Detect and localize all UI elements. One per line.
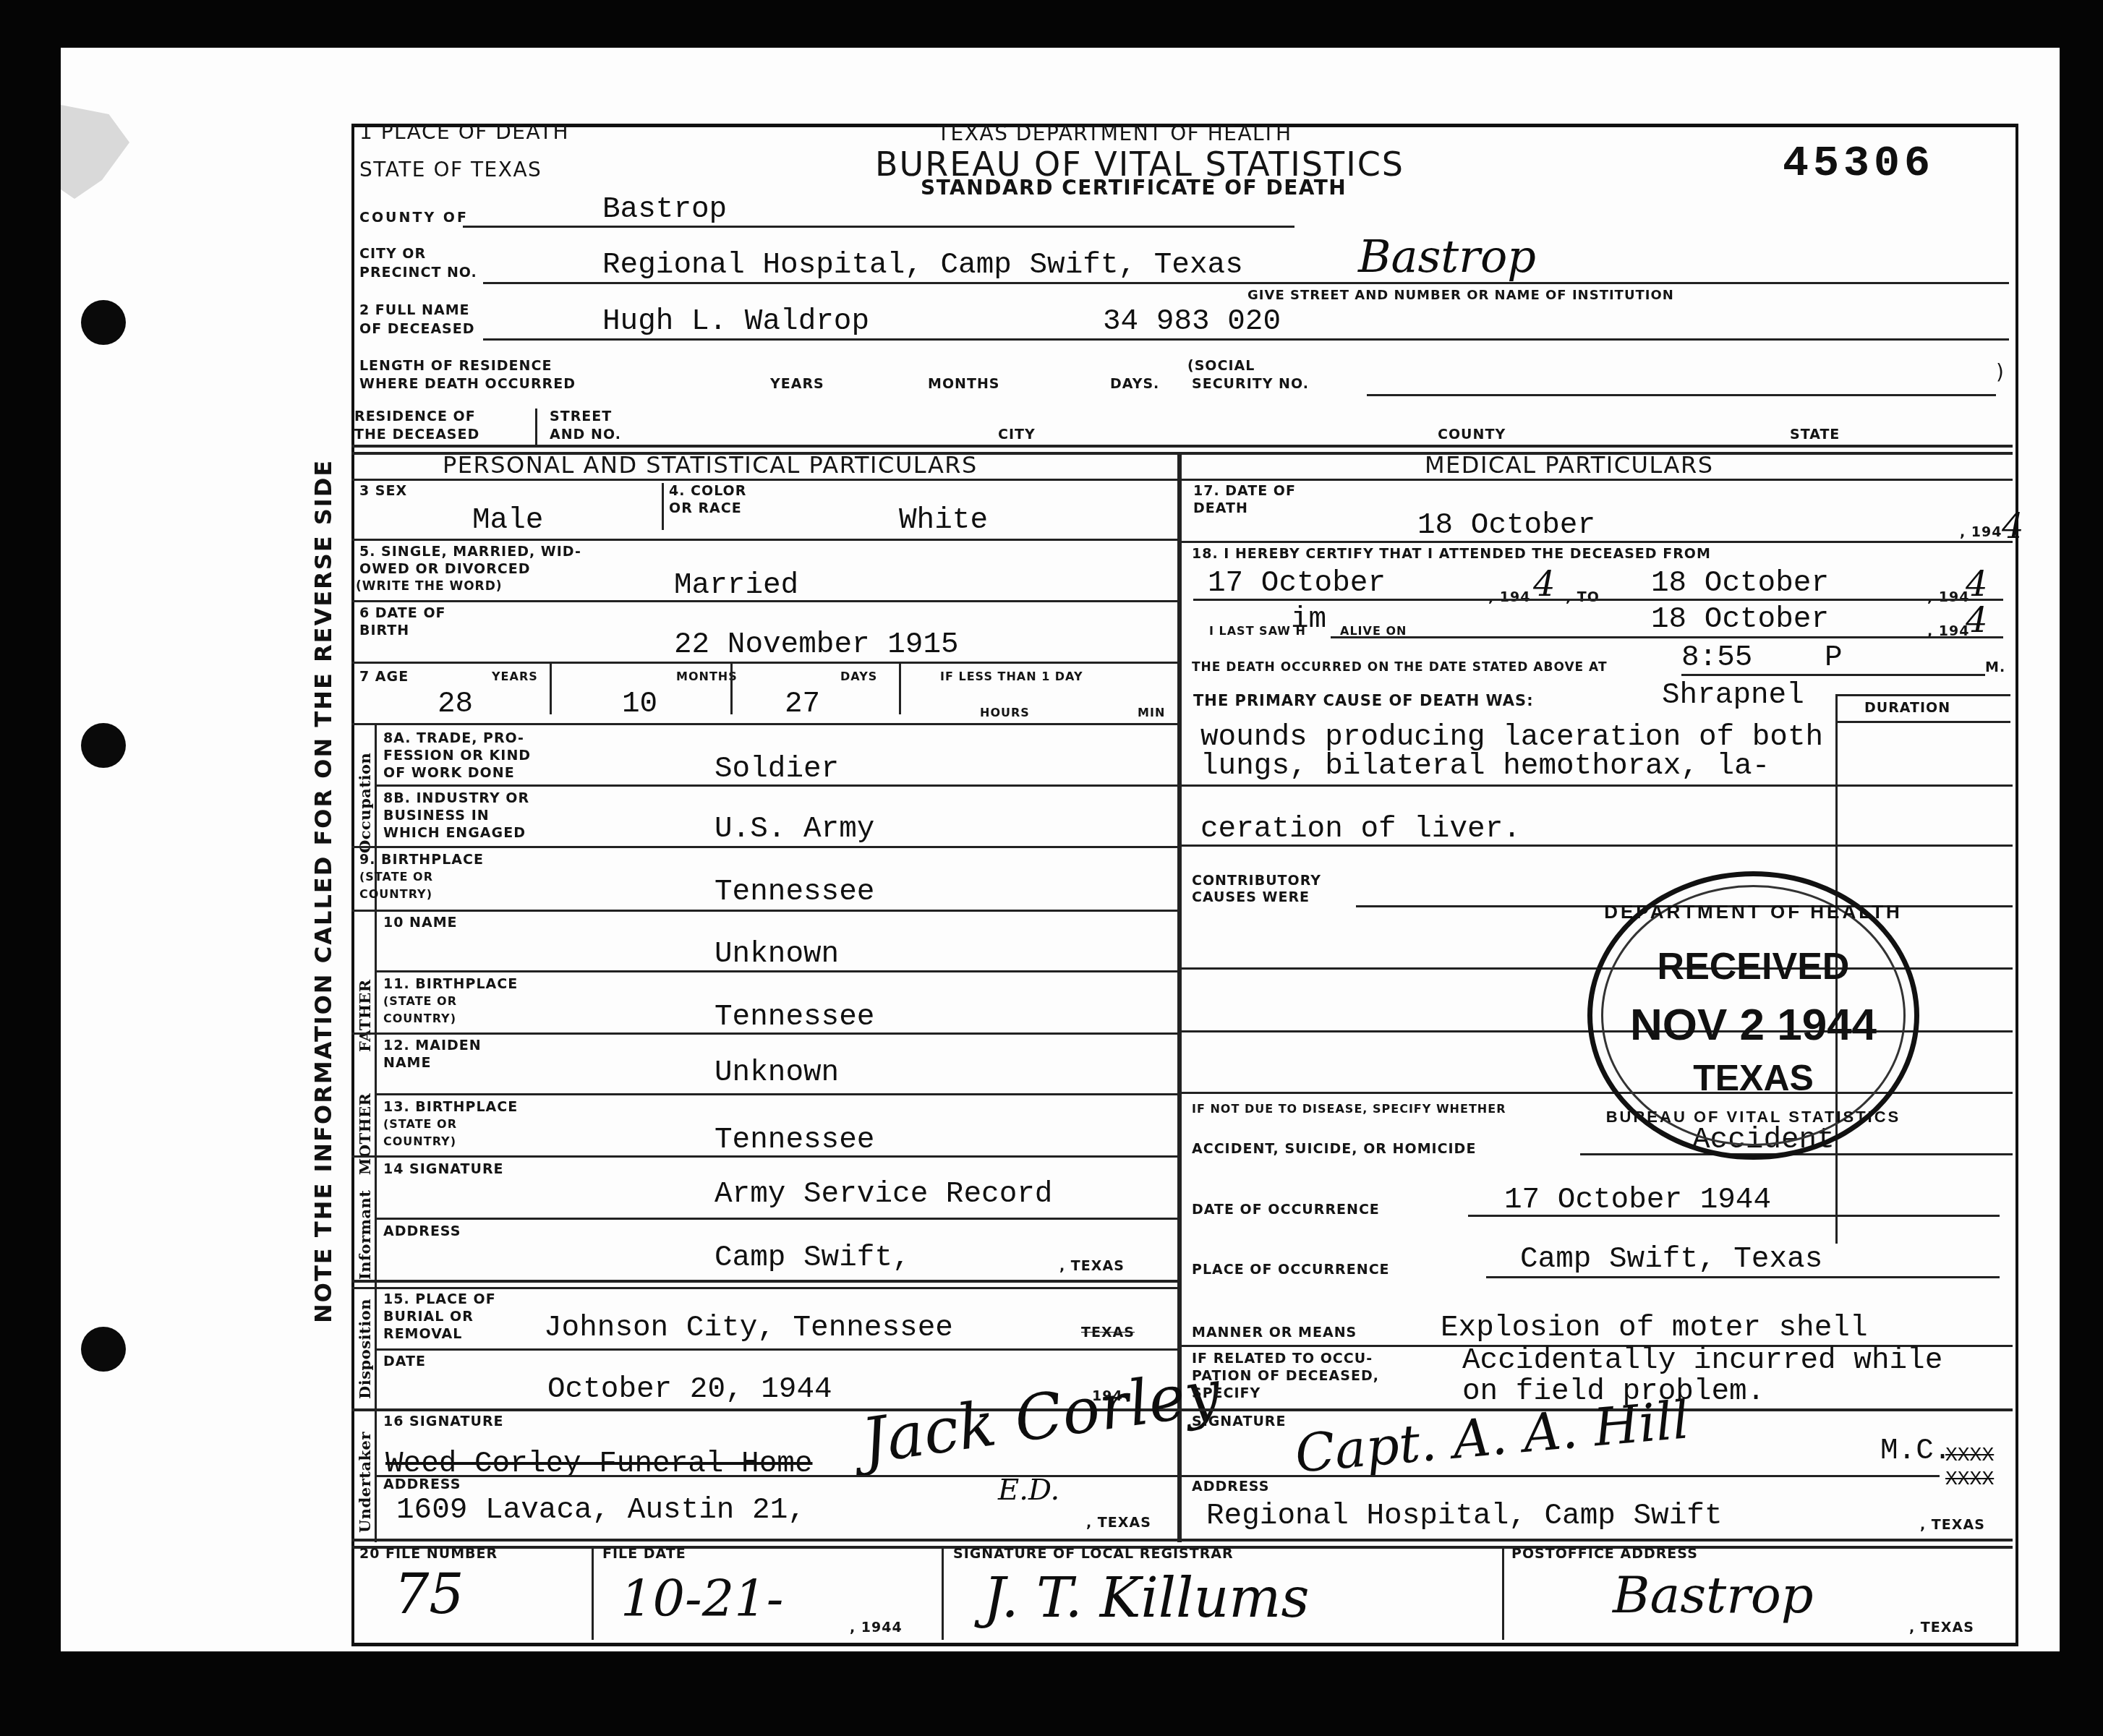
street-label-1: STREET [550, 409, 612, 424]
undertaker-initials: E.D. [998, 1474, 1059, 1507]
divider [375, 970, 1177, 972]
undertaker-sig-label: 16 SIGNATURE [383, 1414, 504, 1429]
age-days: 27 [785, 688, 820, 720]
divider [375, 1348, 1177, 1351]
father-birthplace-label-2: (STATE OR [383, 993, 457, 1009]
divider [1837, 694, 2010, 696]
city-label-2: PRECINCT NO. [359, 265, 477, 281]
birthplace-label-3: COUNTRY) [359, 886, 432, 902]
registrar-label: SIGNATURE OF LOCAL REGISTRAR [953, 1546, 1234, 1562]
certify-label: 18. I HEREBY CERTIFY THAT I ATTENDED THE… [1192, 546, 1711, 562]
personal-section-title: PERSONAL AND STATISTICAL PARTICULARS [443, 453, 978, 477]
divider [1468, 1215, 2000, 1217]
marital-label-2: OWED OR DIVORCED [359, 561, 531, 577]
divider [351, 600, 1177, 602]
primary-cause-line3: lungs, bilateral hemothorax, la- [1200, 751, 1770, 782]
days-label: DAYS. [1110, 376, 1159, 392]
divider [351, 662, 1177, 664]
divider [351, 910, 1177, 912]
residence-label-2: THE DECEASED [354, 427, 479, 442]
divider [1180, 1475, 1940, 1477]
informant-sig-label: 14 SIGNATURE [383, 1161, 504, 1177]
trade-label-2: FESSION OR KIND [383, 748, 531, 764]
undertaker-side-label: Undertaker [356, 1432, 374, 1533]
burial-label-3: REMOVAL [383, 1326, 462, 1342]
death-year-prefix: , 194 [1960, 524, 2002, 540]
stamp-bottom-arc: BUREAU OF VITAL STATISTICS [1592, 1108, 1914, 1126]
sex-label: 3 SEX [359, 483, 407, 499]
residence-bracket [535, 409, 537, 445]
undertaker-addr-value: 1609 Lavaca, Austin 21, [396, 1495, 806, 1526]
primary-cause-line2: wounds producing laceration of both [1200, 722, 1823, 753]
street-label-2: AND NO. [550, 427, 621, 442]
burial-date-value: October 20, 1944 [547, 1374, 832, 1406]
county-underline [463, 226, 1294, 228]
industry-label-1: 8B. INDUSTRY OR [383, 790, 529, 806]
age-hours-label: HOURS [980, 705, 1030, 721]
time-label: THE DEATH OCCURRED ON THE DATE STATED AB… [1192, 659, 1608, 675]
last-saw-year-digit: 4 [1966, 600, 1988, 641]
primary-cause-line1: Shrapnel [1662, 680, 1804, 711]
age-label: 7 AGE [359, 669, 409, 685]
mother-birthplace-label-3: COUNTRY) [383, 1134, 456, 1150]
physician-addr-label: ADDRESS [1192, 1479, 1269, 1495]
punch-hole [81, 1327, 126, 1372]
to-label: , TO [1566, 589, 1600, 605]
divider [899, 664, 901, 714]
divider [375, 1218, 1177, 1220]
mother-name-value: Unknown [714, 1057, 839, 1089]
physician-addr-value: Regional Hospital, Camp Swift [1206, 1500, 1723, 1532]
file-date-year: , 1944 [850, 1620, 903, 1635]
divider [375, 1093, 1177, 1095]
undertaker-addr-label: ADDRESS [383, 1476, 461, 1492]
burial-label-2: BURIAL OR [383, 1309, 474, 1325]
attended-from-year-prefix: , 194 [1488, 589, 1531, 605]
sex-value: Male [472, 505, 543, 536]
race-value: White [899, 505, 988, 536]
attended-from: 17 October [1208, 568, 1386, 599]
file-number-label: 20 FILE NUMBER [359, 1546, 498, 1562]
death-date-label-2: DEATH [1193, 500, 1248, 516]
industry-value: U.S. Army [714, 813, 874, 845]
informant-addr-label: ADDRESS [383, 1223, 461, 1239]
residence-state-label: STATE [1790, 427, 1840, 442]
divider [1486, 1276, 2000, 1278]
physician-title-struck-2: XXXX [1945, 1464, 1994, 1496]
county-value: Bastrop [602, 194, 727, 226]
father-name-label: 10 NAME [383, 915, 458, 931]
divider [1331, 636, 2003, 638]
mother-name-label-1: 12. MAIDEN [383, 1038, 482, 1053]
service-number: 34 983 020 [1103, 306, 1281, 338]
occurrence-place-label: PLACE OF OCCURRENCE [1192, 1262, 1390, 1278]
county-label: COUNTY OF [359, 210, 469, 226]
race-label-1: 4. COLOR [669, 483, 746, 499]
death-date-value: 18 October [1417, 510, 1595, 542]
residence-county-label: COUNTY [1438, 427, 1506, 442]
occupation-side-label: Occupation [356, 753, 374, 853]
mother-birthplace-label-2: (STATE OR [383, 1116, 457, 1132]
last-saw-date: 18 October [1651, 604, 1829, 636]
file-date-value: 10-21- [620, 1569, 783, 1628]
burial-value: Johnson City, Tennessee [544, 1312, 953, 1344]
residence-label-1: RESIDENCE OF [354, 409, 476, 424]
death-date-label-1: 17. DATE OF [1193, 483, 1296, 499]
mother-birthplace-value: Tennessee [714, 1124, 874, 1156]
postoffice-label: POSTOFFICE ADDRESS [1511, 1546, 1698, 1562]
residence-length-label-1: LENGTH OF RESIDENCE [359, 358, 552, 374]
ssn-label-1: (SOCIAL [1187, 358, 1255, 374]
postoffice-state: , TEXAS [1909, 1620, 1974, 1635]
birthplace-value: Tennessee [714, 876, 874, 908]
divider [351, 1155, 1177, 1158]
physician-addr-state: , TEXAS [1920, 1517, 1985, 1533]
trade-label-3: OF WORK DONE [383, 765, 515, 781]
occurrence-date-label: DATE OF OCCURRENCE [1192, 1202, 1380, 1218]
file-date-label: FILE DATE [602, 1546, 686, 1562]
divider [351, 723, 1177, 725]
divider [375, 1475, 1177, 1477]
occurrence-place-value: Camp Swift, Texas [1520, 1244, 1822, 1275]
time-suffix: M. [1985, 659, 2005, 675]
burial-label-1: 15. PLACE OF [383, 1291, 496, 1307]
attended-to-year-prefix: , 194 [1927, 589, 1970, 605]
divider [1180, 541, 2013, 543]
accident-label: ACCIDENT, SUICIDE, OR HOMICIDE [1192, 1141, 1476, 1157]
mother-side-label: MOTHER [356, 1093, 374, 1175]
stamp-top-arc: DEPARTMENT OF HEALTH [1592, 901, 1914, 923]
disposition-side-label: Disposition [356, 1299, 374, 1399]
divider [351, 1287, 1177, 1289]
informant-sig-value: Army Service Record [714, 1179, 1052, 1210]
divider [1193, 599, 2003, 601]
physician-title: M.C. [1880, 1435, 1951, 1467]
ssn-close-paren: ) [1996, 362, 2005, 383]
age-years-label: YEARS [492, 669, 538, 685]
manner-value: Explosion of moter shell [1441, 1312, 1868, 1344]
informant-addr-value: Camp Swift, [714, 1242, 910, 1274]
divider [662, 483, 664, 530]
industry-label-2: BUSINESS IN [383, 808, 490, 824]
age-months: 10 [622, 688, 657, 720]
full-name-label-1: 2 FULL NAME [359, 302, 470, 318]
burial-date-label: DATE [383, 1354, 426, 1369]
undertaker-addr-state: , TEXAS [1086, 1515, 1151, 1531]
divider [1180, 845, 2013, 847]
months-label: MONTHS [928, 376, 1000, 392]
full-name-value: Hugh L. Waldrop [602, 306, 869, 338]
divider [1837, 721, 2010, 723]
birthplace-label-2: (STATE OR [359, 869, 433, 885]
certificate-number: 45306 [1783, 141, 1934, 187]
divider [375, 784, 1177, 787]
father-side-label: FATHER [356, 979, 374, 1052]
dob-value: 22 November 1915 [674, 629, 959, 661]
marital-value: Married [674, 570, 798, 602]
age-days-label: DAYS [840, 669, 877, 685]
not-disease-label: IF NOT DUE TO DISEASE, SPECIFY WHETHER [1192, 1101, 1506, 1117]
punch-hole [81, 723, 126, 768]
punch-hole [81, 300, 126, 345]
trade-value: Soldier [714, 753, 839, 785]
mother-name-label-2: NAME [383, 1055, 432, 1071]
divider [351, 1280, 1177, 1283]
contributory-label-2: CAUSES WERE [1192, 889, 1310, 905]
dob-label-2: BIRTH [359, 623, 409, 638]
age-min-label: MIN [1138, 705, 1165, 721]
related-value-1: Accidentally incurred while [1462, 1345, 1942, 1377]
father-birthplace-label-1: 11. BIRTHPLACE [383, 976, 518, 992]
divider [592, 1547, 594, 1640]
burial-state-struck: TEXAS [1081, 1325, 1135, 1341]
mother-birthplace-label-1: 13. BIRTHPLACE [383, 1099, 518, 1115]
place-of-death-label: 1 PLACE OF DEATH [359, 121, 569, 143]
margin-note: NOTE THE INFORMATION CALLED FOR ON THE R… [310, 459, 337, 1323]
time-value: 8:55 [1681, 642, 1752, 674]
full-name-label-2: OF DECEASED [359, 321, 475, 337]
manner-label: MANNER OR MEANS [1192, 1325, 1357, 1341]
residence-length-label-2: WHERE DEATH OCCURRED [359, 376, 576, 392]
divider [1502, 1547, 1504, 1640]
father-name-value: Unknown [714, 938, 839, 970]
related-label-1: IF RELATED TO OCCU- [1192, 1351, 1373, 1367]
medical-section-title: MEDICAL PARTICULARS [1425, 453, 1713, 477]
related-label-2: PATION OF DECEASED, [1192, 1368, 1379, 1384]
primary-cause-label: THE PRIMARY CAUSE OF DEATH WAS: [1193, 693, 1534, 709]
birthplace-label-1: 9. BIRTHPLACE [359, 852, 484, 868]
father-birthplace-value: Tennessee [714, 1001, 874, 1033]
marital-label-3: (WRITE THE WORD) [356, 578, 503, 594]
city-handwritten: Bastrop [1358, 230, 1536, 283]
full-name-underline [483, 338, 2009, 341]
contributory-label-1: CONTRIBUTORY [1192, 873, 1321, 889]
stamp-date: NOV 2 1944 [1592, 999, 1914, 1051]
father-birthplace-label-3: COUNTRY) [383, 1011, 456, 1027]
divider [351, 445, 2013, 448]
occurrence-date-value: 17 October 1944 [1504, 1184, 1771, 1216]
divider [550, 664, 552, 714]
time-meridiem: P [1825, 642, 1843, 674]
header-dept: TEXAS DEPARTMENT OF HEALTH [937, 123, 1292, 145]
dob-label-1: 6 DATE OF [359, 605, 446, 621]
city-underline [483, 282, 2009, 284]
divider [351, 1032, 1177, 1035]
ssn-label-2: SECURITY NO. [1192, 376, 1309, 392]
received-stamp: DEPARTMENT OF HEALTH RECEIVED NOV 2 1944… [1587, 871, 1919, 1160]
city-hint: GIVE STREET AND NUMBER OR NAME OF INSTIT… [1247, 288, 1674, 304]
file-number-value: 75 [394, 1562, 464, 1626]
race-label-2: OR RACE [669, 500, 742, 516]
marital-label-1: 5. SINGLE, MARRIED, WID- [359, 544, 581, 560]
postoffice-value: Bastrop [1613, 1565, 1814, 1625]
years-label: YEARS [770, 376, 824, 392]
divider [730, 664, 733, 714]
divider [1180, 784, 2013, 787]
registrar-signature: J. T. Killums [984, 1565, 1309, 1630]
divider [351, 1539, 2013, 1542]
divider [942, 1547, 944, 1640]
state-of-texas-label: STATE OF TEXAS [359, 159, 542, 181]
attended-to: 18 October [1651, 568, 1829, 599]
city-label-1: CITY OR [359, 246, 426, 262]
divider [1681, 674, 1985, 676]
informant-addr-state: , TEXAS [1059, 1258, 1125, 1274]
age-months-label: MONTHS [676, 669, 738, 685]
header-standard-certificate: STANDARD CERTIFICATE OF DEATH [921, 177, 1347, 199]
age-less-label: IF LESS THAN 1 DAY [940, 669, 1083, 685]
city-value: Regional Hospital, Camp Swift, Texas [602, 249, 1243, 281]
stamp-texas: TEXAS [1592, 1057, 1914, 1099]
stamp-received: RECEIVED [1592, 945, 1914, 988]
trade-label-1: 8A. TRADE, PRO- [383, 730, 524, 746]
age-years: 28 [438, 688, 473, 720]
ssn-underline [1367, 394, 1996, 396]
divider [351, 846, 1177, 848]
primary-cause-line4: ceration of liver. [1200, 813, 1521, 845]
last-saw-pronoun: im [1291, 604, 1326, 636]
related-label-3: SPECIFY [1192, 1385, 1260, 1401]
signature-label: SIGNATURE [1192, 1414, 1286, 1429]
divider [351, 479, 2013, 481]
industry-label-3: WHICH ENGAGED [383, 825, 526, 841]
residence-city-label: CITY [998, 427, 1036, 442]
duration-label: DURATION [1864, 700, 1950, 716]
divider [351, 539, 1177, 541]
informant-side-label: Informant [356, 1190, 374, 1280]
